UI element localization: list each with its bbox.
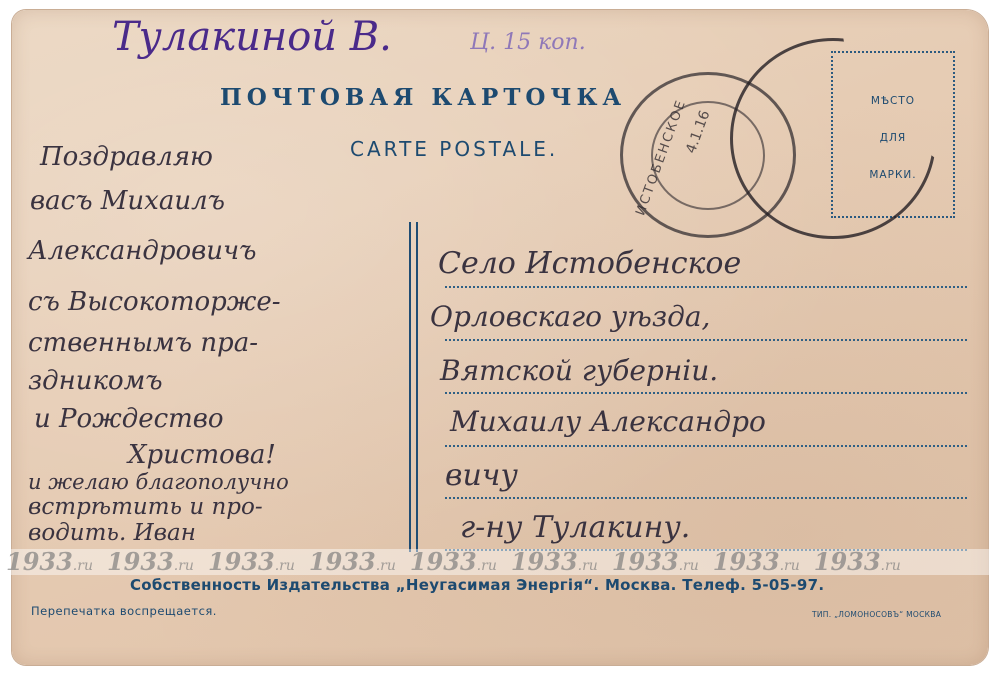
watermark-text: 1933.ru <box>6 549 93 575</box>
message-line: и желаю благополучно <box>28 470 289 494</box>
address-handwriting-line: Орловскаго уѣзда, <box>430 300 710 333</box>
watermark-text: 1933.ru <box>208 549 295 575</box>
message-address-divider <box>409 222 418 552</box>
watermark-text: 1933.ru <box>612 549 699 575</box>
address-line <box>445 392 967 394</box>
watermark-text: 1933.ru <box>511 549 598 575</box>
watermark-text: 1933.ru <box>713 549 800 575</box>
message-line: васъ Михаилъ <box>30 186 225 216</box>
watermark-text: 1933.ru <box>309 549 396 575</box>
watermark-text: 1933.ru <box>107 549 194 575</box>
address-handwriting-line: г-ну Тулакину. <box>460 510 690 545</box>
message-line: Александровичъ <box>28 236 257 266</box>
address-handwriting-line: вичу <box>445 458 518 493</box>
watermark-text: 1933.ru <box>410 549 497 575</box>
message-line: водить. Иван <box>28 520 196 546</box>
reprint-notice: Перепечатка воспрещается. <box>31 604 217 618</box>
address-handwriting-line: Михаилу Александро <box>450 405 766 438</box>
address-line <box>445 286 967 288</box>
publisher-line: Собственность Издательства „Неугасимая Э… <box>130 576 824 594</box>
message-line: здникомъ <box>28 366 163 396</box>
message-line: встрѣтить и про- <box>28 494 263 520</box>
message-line: съ Высокоторже- <box>28 287 281 317</box>
recipient-header-handwriting: Тулакиной В. <box>112 14 392 60</box>
address-line <box>445 445 967 447</box>
message-line: и Рождество <box>34 404 224 434</box>
address-handwriting-line: Вятской губерніи. <box>440 354 718 387</box>
message-line: Христова! <box>128 440 276 470</box>
printer-imprint: ТИП. „ЛОМОНОСОВЪ“ МОСКВА <box>812 610 941 619</box>
message-line: ственнымъ пра- <box>28 328 258 358</box>
address-handwriting-line: Село Истобенское <box>438 246 741 281</box>
postcard-title-french: CARTE POSTALE. <box>350 137 558 161</box>
price-note-handwriting: Ц. 15 коп. <box>470 30 586 55</box>
watermark-text: 1933.ru <box>814 549 901 575</box>
message-line: Поздравляю <box>40 142 213 172</box>
address-line <box>445 497 967 499</box>
address-line <box>445 339 967 341</box>
watermark-band: 1933.ru1933.ru1933.ru1933.ru1933.ru1933.… <box>0 549 1000 575</box>
postcard-title-russian: ПОЧТОВАЯ КАРТОЧКА <box>220 84 626 111</box>
